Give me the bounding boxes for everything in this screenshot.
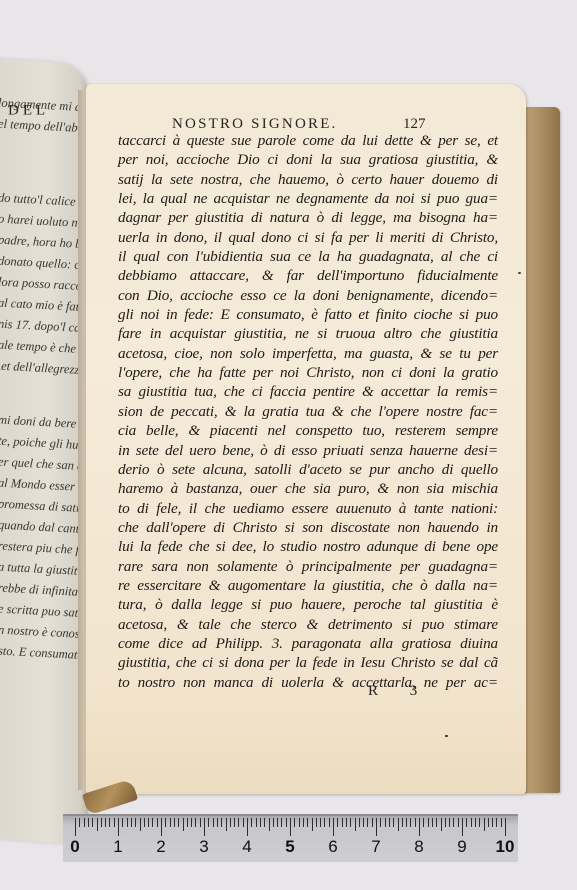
- ruler-tick: [97, 818, 98, 831]
- ruler-label: 6: [328, 837, 337, 857]
- text-line: l'opere, che ha fatte per noi Christo, n…: [118, 363, 498, 382]
- ruler-tick: [118, 818, 119, 836]
- ruler-tick: [496, 818, 497, 827]
- ruler-tick: [247, 818, 248, 836]
- ruler-label: 9: [457, 837, 466, 857]
- ruler-tick: [458, 818, 459, 827]
- text-line: fare in acquistar giustitia, ne si truou…: [118, 324, 498, 343]
- ruler-tick: [501, 818, 502, 827]
- ruler-tick: [299, 818, 300, 827]
- ruler-tick: [260, 818, 261, 827]
- ruler-tick: [101, 818, 102, 827]
- ruler-tick: [135, 818, 136, 827]
- ruler-tick: [453, 818, 454, 827]
- ruler-tick: [410, 818, 411, 827]
- ruler-tick: [290, 818, 291, 836]
- ruler-tick: [88, 818, 89, 827]
- left-page-line: a tutta la giustitia, che: [0, 560, 88, 581]
- ruler-tick: [157, 818, 158, 827]
- text-line: lei, la qual ne acquistar ne degnamente …: [118, 189, 498, 208]
- left-page-line: donato quello: che pr: [0, 254, 88, 275]
- ruler-tick: [475, 818, 476, 827]
- ruler-tick: [234, 818, 235, 827]
- ruler-tick: [75, 818, 76, 836]
- ruler-tick: [389, 818, 390, 827]
- text-line: taccarci à queste sue parole come da lui…: [118, 131, 498, 150]
- text-line: re essercitare & augomentare la giustiti…: [118, 576, 498, 595]
- left-page-line: n nostro è conoscer da: [0, 623, 88, 644]
- ruler-tick: [359, 818, 360, 827]
- ruler-tick: [204, 818, 205, 836]
- ruler-tick: [367, 818, 368, 827]
- scale-ruler: 012345678910: [63, 814, 518, 862]
- left-page-line: do tutto'l calice che n: [0, 191, 88, 212]
- left-page-line: quando dal canto nostro: [0, 518, 88, 539]
- ruler-tick: [251, 818, 252, 827]
- ruler-tick: [329, 818, 330, 827]
- text-line: sa giustitia tua, che ci faccia pentire …: [118, 382, 498, 401]
- ruler-tick: [178, 818, 179, 827]
- ruler-tick: [165, 818, 166, 827]
- ruler-tick: [462, 818, 463, 836]
- text-line: satij la sete nostra, che hauemo, ò cert…: [118, 170, 498, 189]
- foxing-spot: [518, 272, 521, 274]
- ruler-tick: [191, 818, 192, 827]
- ruler-tick: [122, 818, 123, 827]
- ruler-tick: [187, 818, 188, 827]
- ruler-tick: [471, 818, 472, 827]
- ruler-tick: [170, 818, 171, 827]
- left-page-line: promessa di satiar la so: [0, 497, 88, 518]
- text-line: debbiamo attaccare, & far dell'importuno…: [118, 266, 498, 285]
- ruler-label: 2: [156, 837, 165, 857]
- ruler-tick: [333, 818, 334, 836]
- ruler-tick: [324, 818, 325, 827]
- ruler-tick: [406, 818, 407, 827]
- ruler-tick: [221, 818, 222, 827]
- ruler-tick: [238, 818, 239, 827]
- ruler-tick: [127, 818, 128, 827]
- left-page-line: mi doni da bere tu P: [0, 413, 88, 433]
- ruler-tick: [273, 818, 274, 827]
- ruler-tick: [423, 818, 424, 827]
- ruler-tick: [312, 818, 313, 831]
- ruler-tick: [355, 818, 356, 831]
- ruler-tick: [277, 818, 278, 827]
- ruler-tick: [79, 818, 80, 827]
- text-line: tura, ò dalla legge si puo hauere, peroc…: [118, 595, 498, 614]
- ruler-tick: [183, 818, 184, 831]
- text-line: to nostro non manca di uolerla & accetta…: [118, 673, 498, 692]
- ruler-tick: [92, 818, 93, 827]
- left-page-line: er quel che san dare: [0, 455, 88, 475]
- left-page-line: al Mondo esser satia: [0, 476, 88, 496]
- book-photo-scene: DEL longamente mi abandoel tempo dell'ab…: [0, 0, 577, 890]
- ruler-tick: [466, 818, 467, 827]
- text-line: che dall'opere di Christo si son discost…: [118, 518, 498, 537]
- text-line: lui la fede che si dee, lo studio nostro…: [118, 537, 498, 556]
- page-text-block: taccarci à queste sue parole come da lui…: [118, 131, 498, 692]
- text-line: sion de peccati, & la gratia tua & che l…: [118, 402, 498, 421]
- text-line: acetosa, & tale che sterco & detrimento …: [118, 615, 498, 634]
- left-page-line: restera piu che fare dal: [0, 539, 88, 560]
- left-page-line: rebbe di infinita satia,: [0, 581, 88, 602]
- foxing-spot: [445, 735, 448, 737]
- ruler-tick: [307, 818, 308, 827]
- ruler-tick: [488, 818, 489, 827]
- text-line: haremo à bastanza, ouer che sia puro, & …: [118, 479, 498, 498]
- ruler-tick: [320, 818, 321, 827]
- ruler-tick: [428, 818, 429, 827]
- ruler-tick: [148, 818, 149, 827]
- ruler-tick: [213, 818, 214, 827]
- ruler-tick: [208, 818, 209, 827]
- text-line: con Dio, accioche esso ce la doni benign…: [118, 286, 498, 305]
- ruler-tick: [152, 818, 153, 827]
- ruler-tick: [109, 818, 110, 827]
- ruler-tick: [432, 818, 433, 827]
- ruler-tick: [372, 818, 373, 827]
- ruler-tick: [346, 818, 347, 827]
- left-page-line: ale tempo è che io inco: [0, 338, 88, 359]
- ruler-label: 0: [70, 837, 79, 857]
- ruler-tick: [131, 818, 132, 827]
- ruler-tick: [256, 818, 257, 827]
- ruler-tick: [316, 818, 317, 827]
- ruler-tick: [243, 818, 244, 827]
- ruler-tick: [342, 818, 343, 827]
- left-page-line: te, poiche gli huom: [0, 434, 88, 454]
- text-line: come dice ad Philipp. 3. paragonata alla…: [118, 634, 498, 653]
- ruler-tick: [140, 818, 141, 831]
- ruler-tick: [200, 818, 201, 827]
- ruler-tick: [441, 818, 442, 831]
- ruler-tick: [492, 818, 493, 827]
- text-line: derio ò sete alcuna, satolli d'aceto se …: [118, 460, 498, 479]
- left-page-line: e scritta puo satiarci di: [0, 602, 88, 623]
- left-page-line: lora posso raccomanda: [0, 275, 88, 296]
- left-page-line: nis 17. dopo'l calice del: [0, 317, 88, 338]
- ruler-tick: [398, 818, 399, 831]
- ruler-label: 1: [113, 837, 122, 857]
- text-line: giustitia, che ci si dona per la fede in…: [118, 653, 498, 672]
- ruler-tick: [286, 818, 287, 827]
- ruler-tick: [174, 818, 175, 827]
- ruler-label: 7: [371, 837, 380, 857]
- text-line: to di fele, il che uediamo essere auuenu…: [118, 499, 498, 518]
- ruler-tick: [195, 818, 196, 827]
- ruler-label: 3: [199, 837, 208, 857]
- ruler-tick: [144, 818, 145, 827]
- left-page-line: longamente mi abando: [0, 96, 88, 117]
- ruler-tick: [269, 818, 270, 831]
- left-page: DEL longamente mi abandoel tempo dell'ab…: [0, 58, 88, 845]
- text-line: in sete del uero bene, ò di esso priuati…: [118, 441, 498, 460]
- left-page-line: ,et dell'allegrezza, ch: [0, 359, 88, 380]
- ruler-tick: [415, 818, 416, 827]
- ruler-tick: [393, 818, 394, 827]
- ruler-tick: [385, 818, 386, 827]
- ruler-tick: [436, 818, 437, 827]
- ruler-tick: [303, 818, 304, 827]
- text-line: gli noi in fede: E consumato, è fatto et…: [118, 305, 498, 324]
- text-line: il qual con l'ubidientia sua ce la ha gu…: [118, 247, 498, 266]
- ruler-tick: [217, 818, 218, 827]
- ruler-tick: [363, 818, 364, 827]
- left-page-line: sto. E consumato, & i: [0, 644, 88, 665]
- ruler-tick: [380, 818, 381, 827]
- ruler-tick: [294, 818, 295, 827]
- ruler-tick: [402, 818, 403, 827]
- ruler-tick: [484, 818, 485, 831]
- ruler-tick: [230, 818, 231, 827]
- text-line: rare sara non solamente ò principalmente…: [118, 557, 498, 576]
- ruler-tick: [226, 818, 227, 831]
- ruler-tick: [337, 818, 338, 827]
- left-page-text: longamente mi abandoel tempo dell'abando…: [0, 58, 88, 845]
- ruler-tick: [350, 818, 351, 827]
- ruler-tick: [479, 818, 480, 827]
- ruler-tick: [161, 818, 162, 836]
- text-line: cia belle, & piacenti nel conspetto tuo,…: [118, 421, 498, 440]
- ruler-tick: [114, 818, 115, 827]
- ruler-tick: [281, 818, 282, 827]
- ruler-tick: [419, 818, 420, 836]
- text-line: uerla in dono, il qual dono ci si fa per…: [118, 228, 498, 247]
- left-page-line: el tempo dell'abandona: [0, 117, 88, 138]
- ruler-label: 4: [242, 837, 251, 857]
- signature-mark: R 3: [368, 683, 431, 700]
- ruler-tick: [505, 818, 506, 836]
- left-page-line: o harei uoluto non ho: [0, 212, 88, 233]
- text-line: acetosa, cioe, non solo imperfetta, ma g…: [118, 344, 498, 363]
- text-line: per noi, accioche Dio ci doni la sua gra…: [118, 150, 498, 169]
- left-page-line: al cato mio è fatto qua: [0, 296, 88, 317]
- ruler-tick: [445, 818, 446, 827]
- ruler-tick: [449, 818, 450, 827]
- text-line: dagnar per giustitia di natura ò di legg…: [118, 208, 498, 227]
- ruler-label: 8: [414, 837, 423, 857]
- ruler-label: 5: [285, 837, 294, 857]
- ruler-label: 10: [496, 837, 515, 857]
- left-page-line: padre, hora ho beuut: [0, 233, 88, 253]
- ruler-tick: [264, 818, 265, 827]
- ruler-tick: [376, 818, 377, 836]
- ruler-tick: [105, 818, 106, 827]
- ruler-ticks: [75, 818, 505, 838]
- ruler-tick: [84, 818, 85, 827]
